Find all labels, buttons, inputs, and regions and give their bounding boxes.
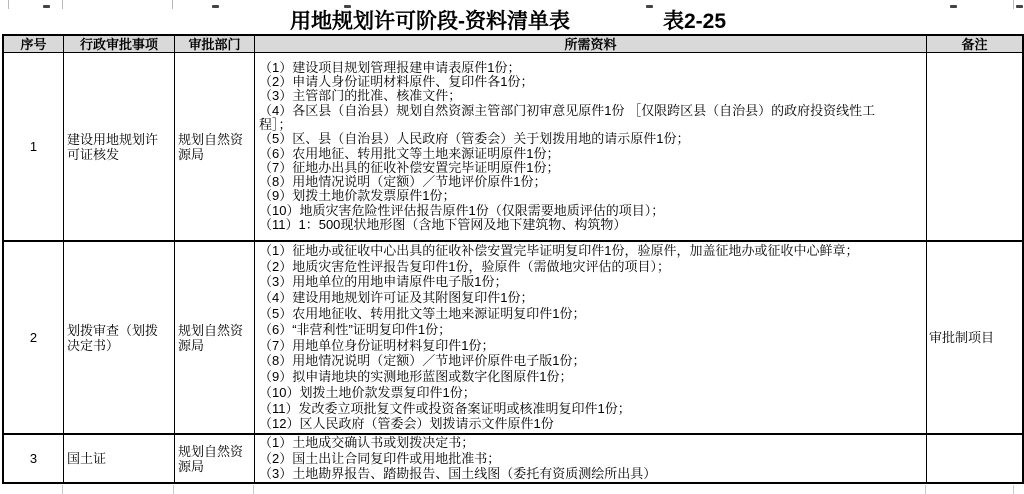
material-item: （9）拟申请地块的实测地形蓝图或数字化图原件1份； (259, 369, 892, 385)
header-cell-item[interactable]: 行政审批事项 (64, 36, 175, 52)
clipped-row-below (0, 485, 1024, 494)
gridline (62, 0, 63, 9)
page-title[interactable]: 用地规划许可阶段-资料清单表 (290, 9, 570, 34)
clipped-text-fragment (43, 5, 50, 8)
department-cell[interactable]: 规划自然资源局 (175, 53, 255, 240)
material-item: （1）建设项目规划管理报建申请表原件1份； (259, 61, 892, 75)
materials-cell[interactable]: （1）征地办或征收中心出具的征收补偿安置完毕证明复印件1份，验原件，加盖征地办或… (255, 242, 927, 433)
serial-cell[interactable]: 3 (4, 435, 64, 482)
material-item: （2）申请人身份证明材料原件、复印件各1份； (259, 75, 892, 89)
material-item: （5）区、县（自治县）人民政府（管委会）关于划拨用地的请示原件1份； (259, 132, 892, 146)
gridline (1013, 485, 1014, 494)
material-item: （5）农用地征收、转用批文等土地来源证明复印件1份； (259, 306, 892, 322)
remark-cell[interactable] (927, 53, 1022, 240)
department-cell[interactable]: 规划自然资源局 (175, 435, 255, 482)
checklist-table: 序号 行政审批事项 审批部门 所需资料 备注 1建设用地规划许可证核发规划自然资… (2, 34, 1024, 484)
material-item: （8）用地情况说明（定额）／节地评价原件电子版1份； (259, 353, 892, 369)
material-item: （3）用地单位的用地申请原件电子版1份； (259, 274, 892, 290)
material-item: （7）用地单位身份证明材料复印件1份； (259, 338, 892, 354)
clipped-text-fragment (1016, 5, 1023, 8)
header-row: 序号 行政审批事项 审批部门 所需资料 备注 (4, 36, 1022, 53)
material-item: （9）划拨土地价款发票原件1份； (259, 189, 892, 203)
title-row: 用地规划许可阶段-资料清单表 表2-25 (0, 9, 1024, 34)
approval-item-cell[interactable]: 划拨审查（划拨决定书） (64, 242, 175, 433)
material-item: （8）用地情况说明（定额）／节地评价原件1份； (259, 175, 892, 189)
clipped-text-fragment (950, 5, 957, 8)
material-item: （2）地质灾害危性评报告复印件1份，验原件（需做地灾评估的项目）； (259, 259, 892, 275)
table-row: 2划拨审查（划拨决定书）规划自然资源局（1）征地办或征收中心出具的征收补偿安置完… (4, 242, 1022, 435)
gridline (253, 485, 254, 494)
gridline (173, 485, 174, 494)
material-item: （10）地质灾害危险性评估报告原件1份（仅限需要地质评估的项目）； (259, 204, 892, 218)
material-item: （11）发改委立项批复文件或投资备案证明或核准明复印件1份； (259, 401, 892, 417)
spreadsheet-canvas: 用地规划许可阶段-资料清单表 表2-25 序号 行政审批事项 审批部门 所需资料… (0, 0, 1024, 494)
material-item: （6）农用地征、转用批文等土地来源证明原件1份； (259, 147, 892, 161)
material-item: （11）1：500现状地形图（含地下管网及地下建筑物、构筑物） (259, 218, 892, 232)
clipped-text-fragment (646, 5, 653, 8)
material-item: （6）“非营利性”证明复印件1份； (259, 322, 892, 338)
gridline (925, 485, 926, 494)
remark-cell[interactable] (927, 435, 1022, 482)
material-item: （4）各区县（自治县）规划自然资源主管部门初审意见原件1份 ［仅限跨区县（自治县… (259, 104, 892, 133)
material-item: （2）国土出让合同复印件或用地批准书； (259, 451, 892, 466)
serial-cell[interactable]: 2 (4, 242, 64, 433)
materials-cell[interactable]: （1）建设项目规划管理报建申请表原件1份；（2）申请人身份证明材料原件、复印件各… (255, 53, 927, 240)
material-item: （4）建设用地规划许可证及其附图复印件1份； (259, 290, 892, 306)
gridline (172, 0, 173, 9)
table-body: 1建设用地规划许可证核发规划自然资源局（1）建设项目规划管理报建申请表原件1份；… (4, 53, 1022, 482)
table-row: 3国土证规划自然资源局（1）土地成交确认书或划拨决定书；（2）国土出让合同复印件… (4, 435, 1022, 482)
table-row: 1建设用地规划许可证核发规划自然资源局（1）建设项目规划管理报建申请表原件1份；… (4, 53, 1022, 242)
header-cell-serial[interactable]: 序号 (4, 36, 64, 52)
approval-item-cell[interactable]: 国土证 (64, 435, 175, 482)
header-cell-materials[interactable]: 所需资料 (255, 36, 927, 52)
material-item: （3）土地勘界报告、踏勘报告、国土线图（委托有资质测绘所出具） (259, 466, 892, 481)
header-cell-department[interactable]: 审批部门 (175, 36, 255, 52)
material-item: （10）划拨土地价款发票复印件1份； (259, 385, 892, 401)
department-cell[interactable]: 规划自然资源局 (175, 242, 255, 433)
gridline (62, 485, 63, 494)
material-item: （1）土地成交确认书或划拨决定书； (259, 435, 892, 450)
approval-item-cell[interactable]: 建设用地规划许可证核发 (64, 53, 175, 240)
materials-cell[interactable]: （1）土地成交确认书或划拨决定书；（2）国土出让合同复印件或用地批准书；（3）土… (255, 435, 927, 482)
header-cell-remark[interactable]: 备注 (927, 36, 1022, 52)
clipped-text-fragment (344, 5, 351, 8)
material-item: （12）区人民政府（管委会）划拨请示文件原件1份 (259, 416, 892, 432)
table-number-label[interactable]: 表2-25 (663, 9, 726, 34)
clipped-text-fragment (212, 5, 219, 8)
material-item: （3）主管部门的批准、核准文件； (259, 89, 892, 103)
material-item: （1）征地办或征收中心出具的征收补偿安置完毕证明复印件1份，验原件，加盖征地办或… (259, 243, 892, 259)
remark-cell[interactable]: 审批制项目 (927, 242, 1022, 433)
material-item: （7）征地办出具的征收补偿安置完毕证明原件1份； (259, 161, 892, 175)
serial-cell[interactable]: 1 (4, 53, 64, 240)
